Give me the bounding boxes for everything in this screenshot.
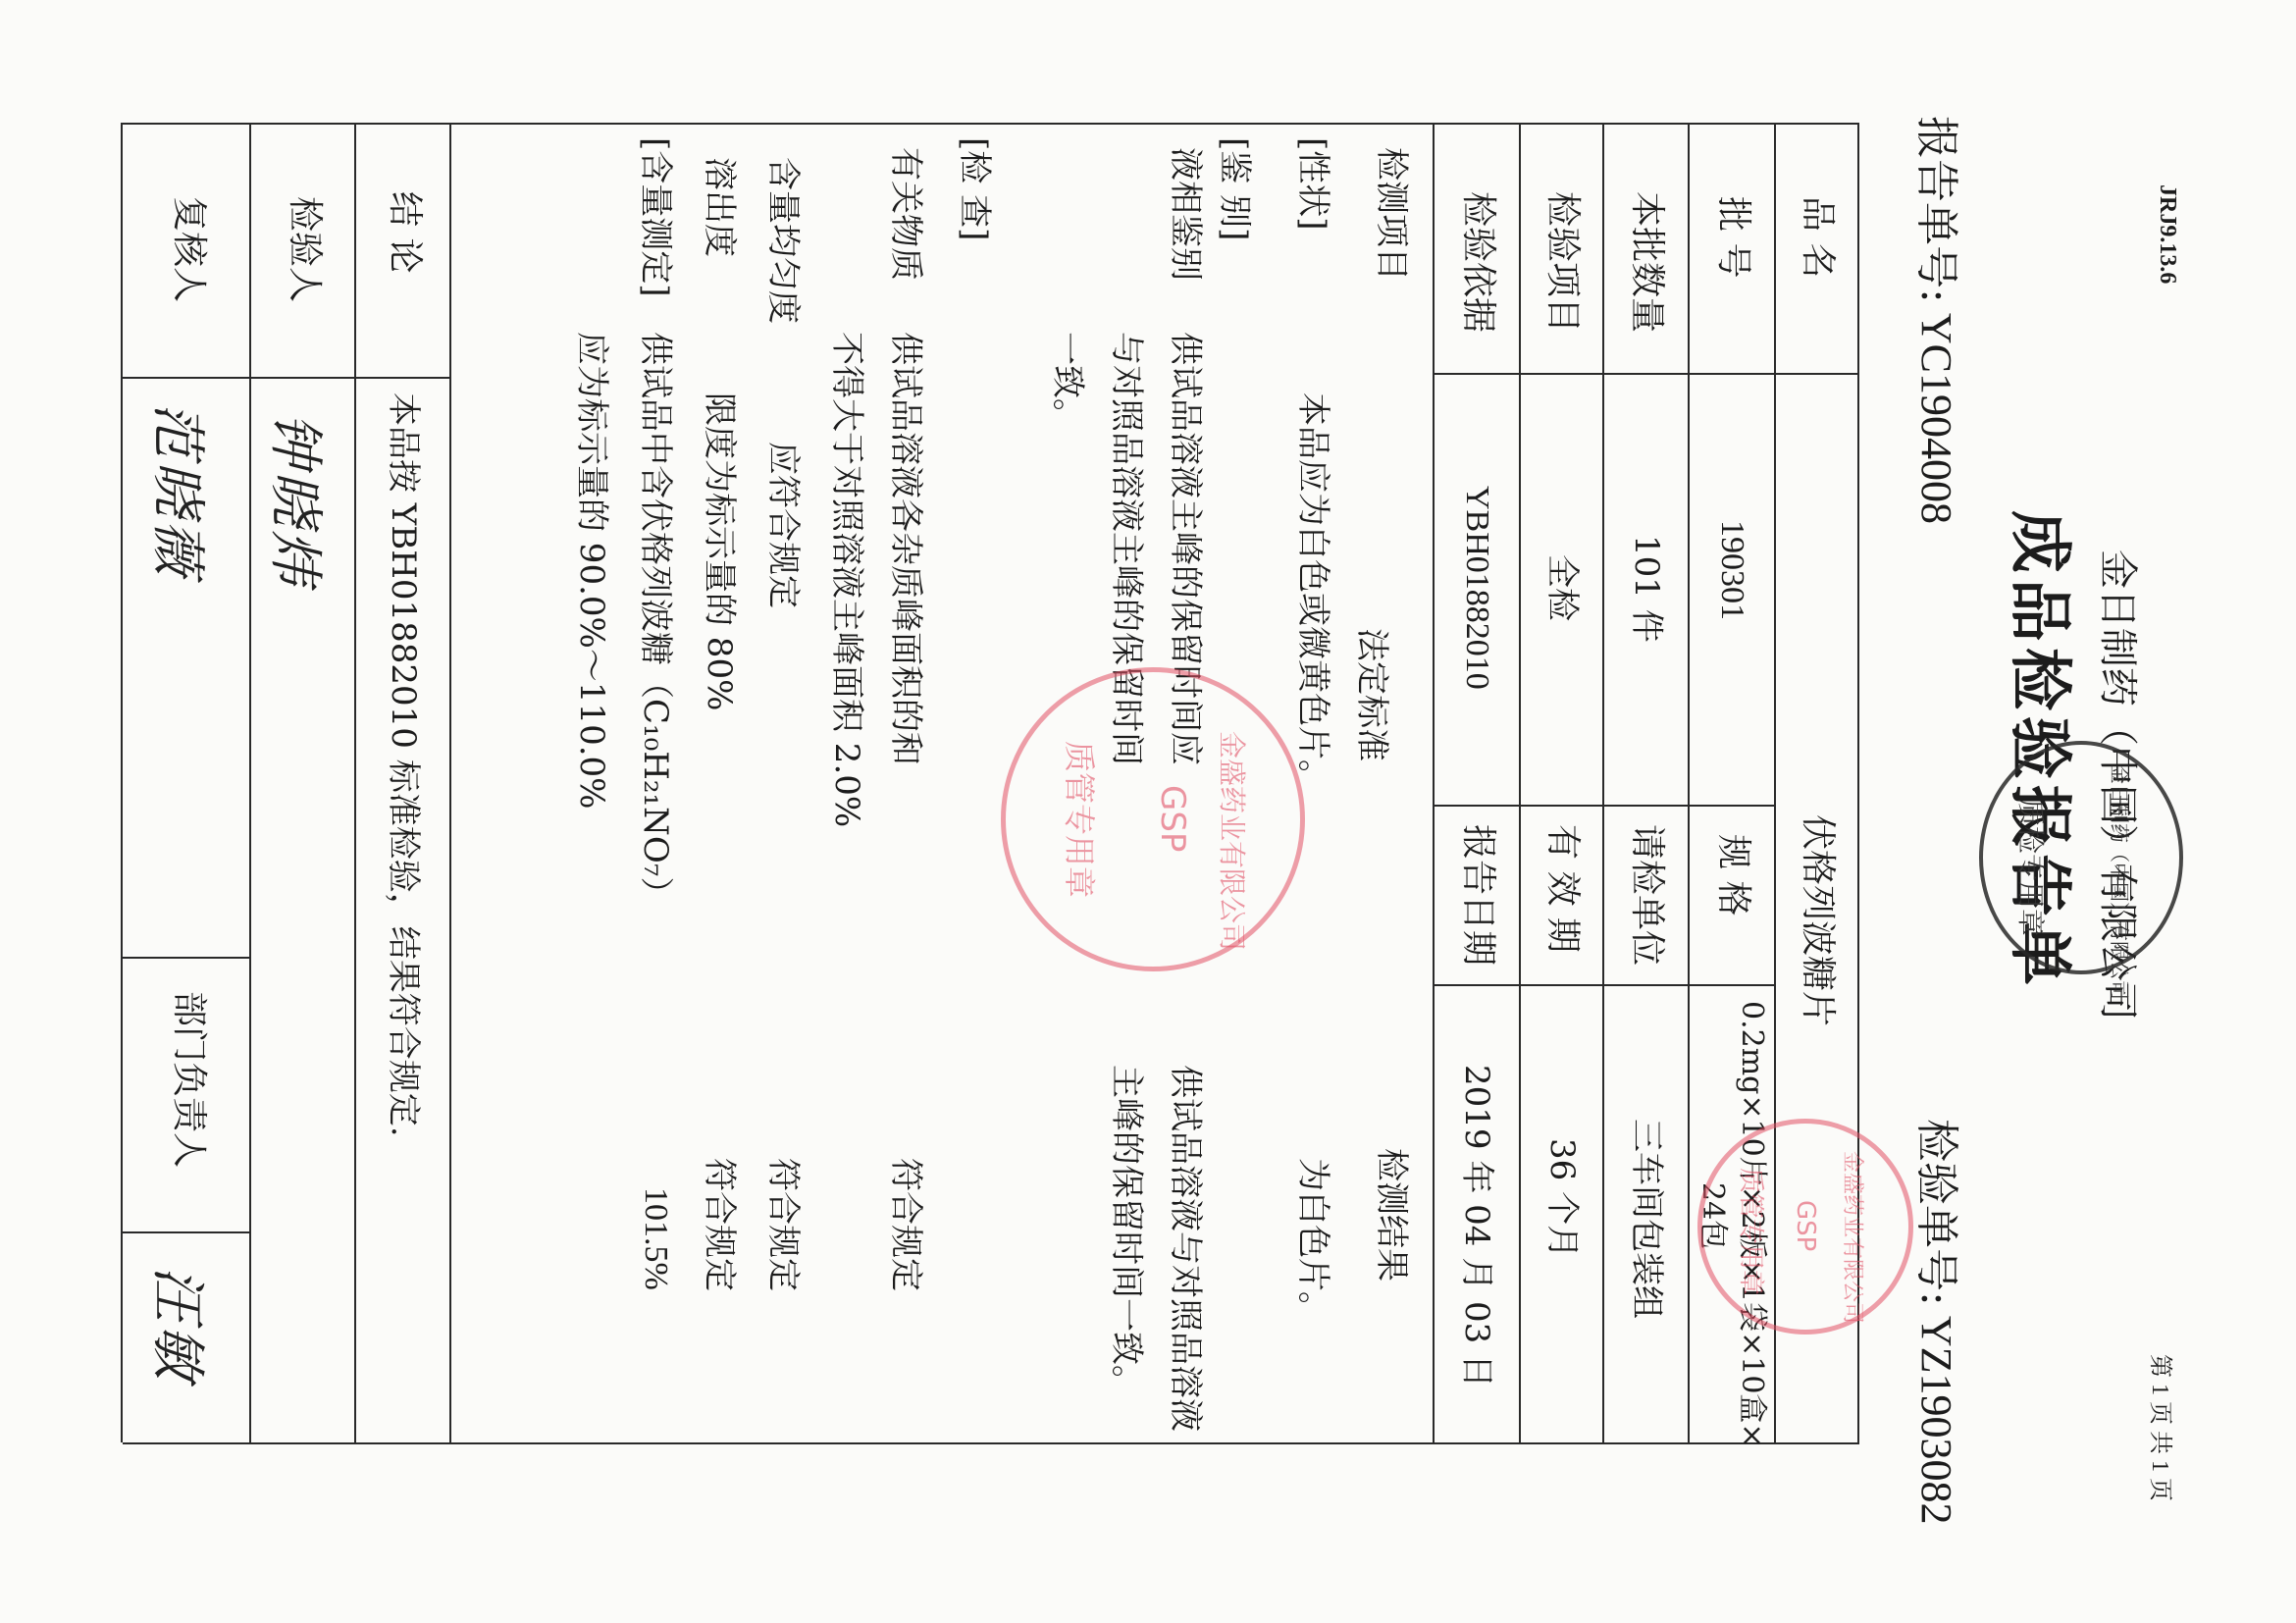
col-heading-standard: 法定标准: [1355, 628, 1388, 761]
table-border-right: [123, 1442, 1859, 1444]
inspector-label: 检验人: [287, 196, 322, 302]
test-name: 有关物质: [889, 147, 922, 281]
row-divider: [449, 123, 451, 1442]
report-title: 成品检验报告单: [2000, 510, 2090, 991]
company-name: 金日制药（中国）有限公司: [2093, 550, 2149, 1021]
table-border-left: [123, 123, 1859, 125]
table-border-top: [1857, 123, 1859, 1442]
red-stamp-gsp-mark: GSP: [1791, 1200, 1820, 1251]
dept-head-label: 部门负责人: [171, 991, 206, 1168]
row-divider: [1602, 123, 1604, 1442]
test-standard: 供试品溶液各杂质峰面积的和: [889, 332, 922, 765]
red-stamp-gsp-company: 金盛药业有限公司: [1839, 1151, 1869, 1324]
test-result: 101.5%: [639, 1187, 672, 1290]
col-divider: [123, 377, 451, 379]
test-section-identification: [鉴 别]: [1218, 137, 1251, 240]
inspection-number-label: 检验单号:: [1911, 1119, 1961, 1306]
red-stamp-subtext: 质管专用章: [1059, 741, 1104, 898]
items-label: 检验项目: [1544, 191, 1580, 333]
test-section-appearance: [性状]: [1296, 137, 1330, 231]
test-section-assay: [含量测定]: [639, 137, 672, 297]
quantity-label: 本批数量: [1629, 191, 1664, 333]
test-standard: 与对照品溶液主峰的保留时间: [1110, 332, 1143, 765]
batch-label: 批 号: [1715, 196, 1750, 278]
spec-value-line2: 24包: [1697, 1182, 1727, 1249]
report-number-label: 报告单号:: [1911, 116, 1961, 303]
spec-value-line1: 0.2mg×10片×2板×1袋×10盒×: [1737, 1001, 1766, 1448]
conclusion-text: 本品按 YBH01882010 标准检验，结果符合规定.: [387, 393, 420, 1137]
inspector-signature: 钟晓炜: [260, 412, 339, 589]
test-result: 符合规定: [889, 1158, 922, 1291]
test-result: 为白色片。: [1296, 1158, 1330, 1325]
test-result: 供试品溶液与对照品溶液: [1169, 1065, 1202, 1432]
product-name-value: 伏格列波糖片: [1800, 814, 1835, 1026]
col-heading-result: 检测结果: [1375, 1148, 1408, 1282]
report-date-value: 2019 年 04 月 03 日: [1460, 1065, 1493, 1387]
batch-value: 190301: [1715, 520, 1748, 620]
test-section-tests: [检 查]: [958, 137, 991, 240]
validity-label: 有 效 期: [1544, 824, 1580, 953]
col-divider: [1435, 373, 1859, 375]
test-name: 含量均匀度: [766, 157, 800, 324]
row-divider: [1519, 123, 1521, 1442]
col-divider: [123, 1231, 251, 1233]
row-divider: [1688, 123, 1690, 1442]
product-name-label: 品 名: [1800, 196, 1835, 278]
red-stamp-quality: 金盛药业有限公司 GSP 质管专用章: [1001, 667, 1305, 971]
test-standard: 不得大于对照溶液主峰面积 2.0%: [830, 332, 863, 827]
test-standard: 供试品溶液主峰的保留时间应: [1169, 332, 1202, 765]
col-heading-item: 检测项目: [1375, 147, 1408, 281]
col-divider: [1435, 805, 1776, 807]
red-stamp-gsp: 金盛药业有限公司 GSP 质管专用章: [1697, 1119, 1913, 1335]
test-standard: 一致。: [1051, 332, 1084, 432]
spec-label: 规 格: [1715, 834, 1750, 916]
test-result: 符合规定: [703, 1158, 736, 1291]
report-date-label: 报告日期: [1460, 824, 1495, 966]
red-stamp-company: 金盛药业有限公司: [1214, 731, 1253, 951]
report-number: 报告单号:YC1904008: [1909, 116, 1972, 524]
dept-head-signature: 汪敏: [142, 1266, 221, 1384]
row-divider: [354, 123, 356, 1442]
inspection-number-value: YZ1903082: [1912, 1316, 1960, 1525]
test-name: 液相鉴别: [1169, 147, 1202, 281]
col-divider: [1435, 984, 1776, 986]
test-result: 符合规定: [766, 1158, 800, 1291]
test-result: 主峰的保留时间一致。: [1110, 1065, 1143, 1398]
conclusion-label: 结 论: [387, 191, 422, 273]
items-value: 全检: [1545, 554, 1579, 621]
inspection-report-page: JRJ9.13.6 第 1 页 共 1 页 金日制药（中国）有限公司 成品检验报…: [0, 0, 2296, 1623]
report-number-value: YC1904008: [1912, 313, 1960, 524]
inspection-number: 检验单号:YZ1903082: [1909, 1119, 1972, 1524]
reviewer-signature: 范晓薇: [142, 402, 221, 579]
reviewer-label: 复核人: [171, 196, 206, 302]
quantity-value: 101 件: [1630, 535, 1663, 643]
test-name: 溶出度: [703, 157, 736, 257]
test-standard: 限度为标示量的 80%: [703, 393, 736, 710]
test-standard: 本品应为白色或微黄色片。: [1296, 393, 1330, 793]
document-code: JRJ9.13.6: [2154, 184, 2180, 284]
page-info: 第 1 页 共 1 页: [2146, 1354, 2180, 1501]
col-divider: [123, 957, 251, 959]
row-divider: [1774, 123, 1776, 1442]
test-standard: 应为标示量的 90.0%～110.0%: [575, 332, 608, 809]
validity-value: 36 个月: [1545, 1138, 1579, 1258]
row-divider: [249, 123, 251, 1442]
test-standard: 供试品中含伏格列波糖（C₁₀H₂₁NO₇）: [639, 332, 672, 910]
requester-value: 三车间包装组: [1630, 1119, 1663, 1319]
table-border-bottom: [121, 123, 123, 1442]
basis-label: 检验依据: [1460, 191, 1495, 333]
test-standard: 应符合规定: [766, 442, 800, 608]
requester-label: 请检单位: [1629, 824, 1664, 966]
row-divider: [1433, 123, 1435, 1442]
red-stamp-mark: GSP: [1153, 785, 1192, 852]
basis-value: YBH01882010: [1460, 486, 1493, 690]
